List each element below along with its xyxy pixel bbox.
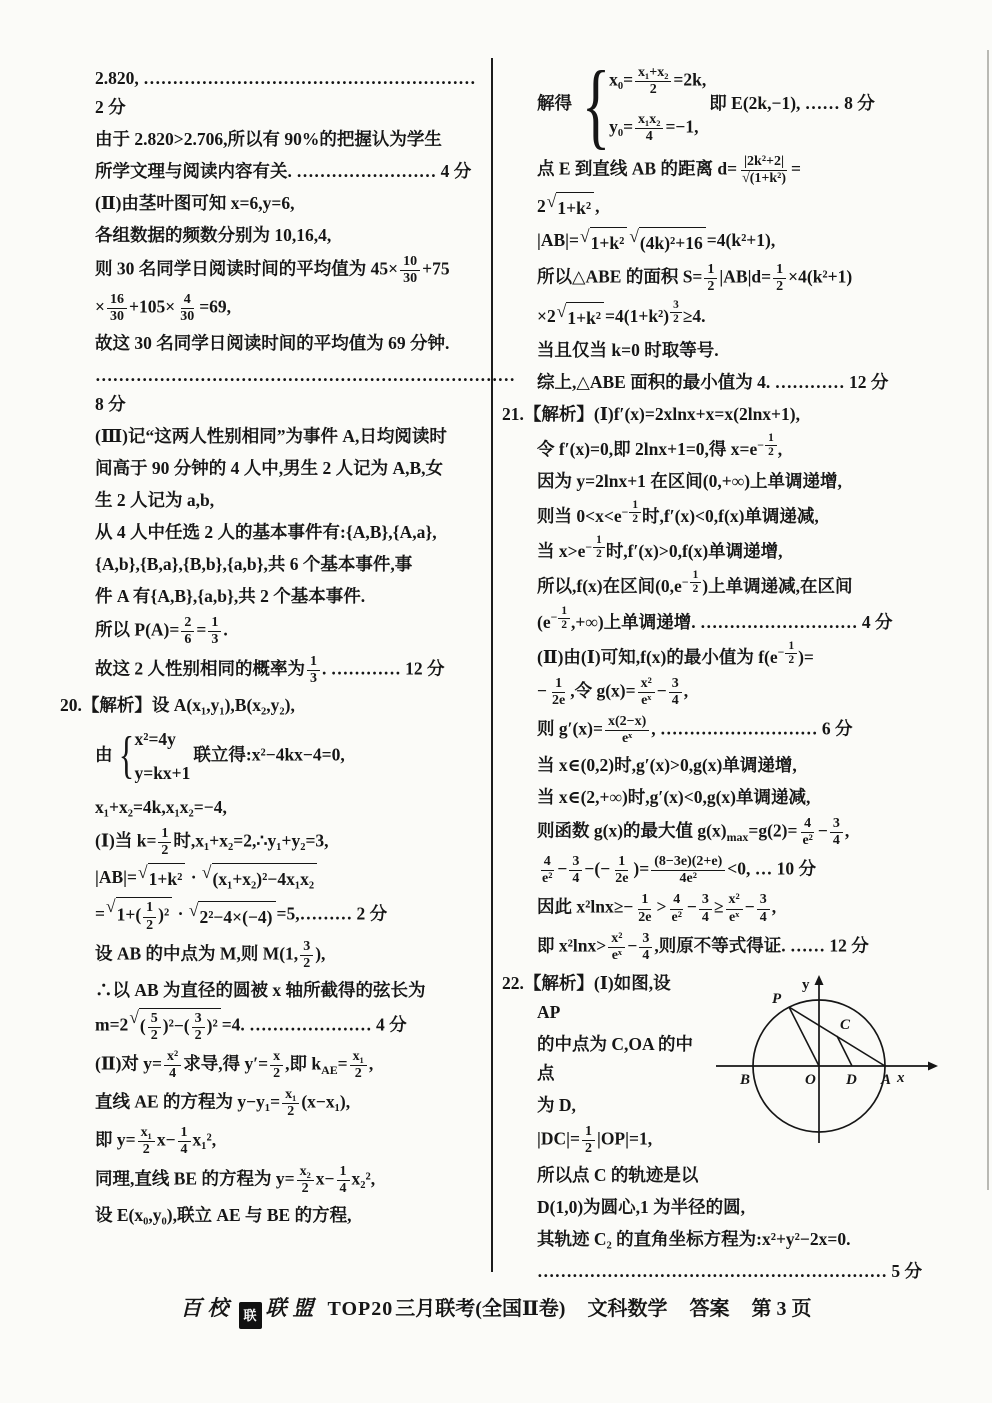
page: 2.820, ………………………………………………… 2 分由于 2.820>2…: [0, 0, 992, 1403]
text-line: m=2√(52)²−(32)²=4. ………………… 4 分: [95, 1008, 483, 1045]
text-line: 20.【解析】设 A(x₁,y₁),B(x₂,y₂),: [95, 691, 483, 720]
text-line: D(1,0)为圆心,1 为半径的圆,: [537, 1193, 939, 1222]
diagram-label-D: D: [845, 1072, 857, 1088]
text-line: (Ⅲ)记“这两人性别相同”为事件 A,日均阅读时: [95, 422, 483, 451]
text-line: 故这 2 人性别相同的概率为13. ………… 12 分: [95, 653, 483, 688]
text-line: 4e²−34−(−12e)=(8−3e)(2+e)4e²<0, … 10 分: [537, 853, 939, 888]
text-line: 则 g′(x)=x(2−x)eˣ, ……………………… 6 分: [537, 713, 939, 748]
right-column-lines: 解得{x₀=x₁+x₂2=2k,y₀=x₁x₂4=−1,即 E(2k,−1), …: [537, 60, 939, 965]
text-line: 生 2 人记为 a,b,: [95, 486, 483, 515]
text-line: …………………………………………………… 5 分: [537, 1257, 939, 1286]
text-line: 直线 AE 的方程为 y−y₁=x₁2(x−x₁),: [95, 1086, 483, 1121]
text-line: 解得{x₀=x₁+x₂2=2k,y₀=x₁x₂4=−1,即 E(2k,−1), …: [537, 60, 939, 150]
x-axis-arrow: [928, 1061, 938, 1070]
text-line: 所以点 C 的轨迹是以: [537, 1161, 939, 1190]
text-line: ×1630+105×430=69,: [95, 291, 483, 326]
brand-seal-icon: 联: [239, 1302, 262, 1329]
question-22-block: y P C B O D A x 22.【解析】(Ⅰ)如图,设 AP的中点为 C,…: [537, 969, 939, 1286]
text-line: 2.820, ………………………………………………… 2 分: [95, 64, 483, 122]
page-footer: 百校联联盟TOP20三月联考(全国Ⅱ卷)文科数学答案第 3 页: [0, 1292, 992, 1329]
text-line: 综上,△ABE 面积的最小值为 4. ………… 12 分: [537, 368, 939, 397]
text-line: 设 AB 的中点为 M,则 M(1,32),: [95, 938, 483, 973]
text-line: (Ⅱ)由茎叶图可知 x=6,y=6,: [95, 189, 483, 218]
text-line: 2√1+k²,: [537, 192, 939, 223]
diagram-label-y: y: [802, 977, 810, 993]
text-line: 由于 2.820>2.706,所以有 90%的把握认为学生: [95, 125, 483, 154]
diagram-label-O: O: [805, 1072, 816, 1088]
text-line: 当 x∈(0,2)时,g′(x)>0,g(x)单调递增,: [537, 751, 939, 780]
text-line: 则函数 g(x)的最大值 g(x)max=g(2)=4e²−34,: [537, 815, 939, 850]
text-line: 令 f′(x)=0,即 2lnx+1=0,得 x=e−12,: [537, 432, 939, 464]
text-line: 从 4 人中任选 2 人的基本事件有:{A,B},{A,a},: [95, 518, 483, 547]
text-line: 由{x²=4yy=kx+1联立得:x²−4kx−4=0,: [95, 723, 483, 790]
text-line: 因为 y=2lnx+1 在区间(0,+∞)上单调递增,: [537, 467, 939, 496]
text-line: 所以,f(x)在区间(0,e−12)上单调递减,在区间: [537, 569, 939, 601]
text-line: 当且仅当 k=0 时取等号.: [537, 336, 939, 365]
brand-logo-left: 百校: [181, 1296, 235, 1320]
text-line: x₁+x₂=4k,x₁x₂=−4,: [95, 793, 483, 822]
text-line: 21.【解析】(Ⅰ)f′(x)=2xlnx+x=x(2lnx+1),: [537, 400, 939, 429]
text-line: (e−12,+∞)上单调递增. ……………………… 4 分: [537, 605, 939, 637]
text-line: =√1+(12)² · √2²−4×(−4)=5,……… 2 分: [95, 897, 483, 934]
text-line: |AB|=√1+k²√(4k)²+16=4(k²+1),: [537, 226, 939, 257]
diagram-label-C: C: [840, 1017, 851, 1033]
text-line: 设 E(x₀,y₀),联立 AE 与 BE 的方程,: [95, 1201, 483, 1230]
text-line: (Ⅱ)由(Ⅰ)可知,f(x)的最小值为 f(e−12)=: [537, 640, 939, 672]
text-line: 所以 P(A)=26=13.: [95, 614, 483, 649]
circle-diagram: y P C B O D A x: [704, 971, 939, 1151]
text-line: 当 x∈(2,+∞)时,g′(x)<0,g(x)单调递减,: [537, 783, 939, 812]
exam-series: TOP20: [328, 1298, 394, 1320]
y-axis-arrow: [815, 975, 824, 985]
subject-label: 文科数学: [587, 1298, 667, 1320]
text-line: 故这 30 名同学日阅读时间的平均值为 69 分钟.: [95, 329, 483, 358]
text-line: {A,b},{B,a},{B,b},{a,b},共 6 个基本事件,事: [95, 550, 483, 579]
text-line: (Ⅰ)当 k=12时,x₁+x₂=2,∴y₁+y₂=3,: [95, 825, 483, 860]
text-line: 所以△ABE 的面积 S=12|AB|d=12×4(k²+1): [537, 261, 939, 296]
column-divider: [491, 58, 493, 1272]
text-line: ∴以 AB 为直径的圆被 x 轴所截得的弦长为: [95, 976, 483, 1005]
text-line: ×2√1+k²=4(1+k²)32≥4.: [537, 299, 939, 334]
page-number: 第 3 页: [751, 1298, 811, 1320]
text-line: |AB|=√1+k² · √(x₁+x₂)²−4x₁x₂: [95, 863, 483, 894]
diagram-label-x: x: [896, 1070, 905, 1086]
text-line: 各组数据的频数分别为 10,16,4,: [95, 221, 483, 250]
left-column: 2.820, ………………………………………………… 2 分由于 2.820>2…: [95, 64, 483, 1233]
answer-label: 答案: [689, 1298, 729, 1320]
text-line: −12e,令 g(x)=x²eˣ−34,: [537, 675, 939, 710]
text-line: 即 x²lnx>x²eˣ−34,则原不等式得证. …… 12 分: [537, 930, 939, 965]
diagram-label-A: A: [880, 1072, 891, 1088]
text-line: 件 A 有{A,B},{a,b},共 2 个基本事件.: [95, 582, 483, 611]
text-line: 则当 0<x<e−12时,f′(x)<0,f(x)单调递减,: [537, 499, 939, 531]
diagram-label-P: P: [772, 991, 782, 1007]
diagram-label-B: B: [739, 1072, 750, 1088]
text-line: (Ⅱ)对 y=x²4求导,得 y′=x2,即 kAE=x₁2,: [95, 1048, 483, 1083]
text-line: ……………………………………………………………… 8 分: [95, 361, 483, 419]
text-line: 则 30 名同学日阅读时间的平均值为 45×1030+75: [95, 253, 483, 288]
scan-edge-artifact: [987, 50, 989, 1190]
text-line: 因此 x²lnx≥−12e>4e²−34≥x²eˣ−34,: [537, 891, 939, 926]
brand-logo-right: 联盟: [266, 1296, 320, 1320]
text-line: 当 x>e−12时,f′(x)>0,f(x)单调递增,: [537, 534, 939, 566]
exam-title: 三月联考(全国Ⅱ卷): [395, 1298, 565, 1320]
text-line: 点 E 到直线 AB 的距离 d=|2k²+2|√(1+k²)=: [537, 153, 939, 188]
text-line: 同理,直线 BE 的方程为 y=x₂2x−14x₂²,: [95, 1163, 483, 1198]
text-line: 其轨迹 C₂ 的直角坐标方程为:x²+y²−2x=0.: [537, 1225, 939, 1254]
text-line: 所学文理与阅读内容有关. …………………… 4 分: [95, 157, 483, 186]
text-line: 间高于 90 分钟的 4 人中,男生 2 人记为 A,B,女: [95, 454, 483, 483]
text-line: 即 y=x₁2x−14x₁²,: [95, 1124, 483, 1159]
right-column: 解得{x₀=x₁+x₂2=2k,y₀=x₁x₂4=−1,即 E(2k,−1), …: [537, 60, 939, 1289]
